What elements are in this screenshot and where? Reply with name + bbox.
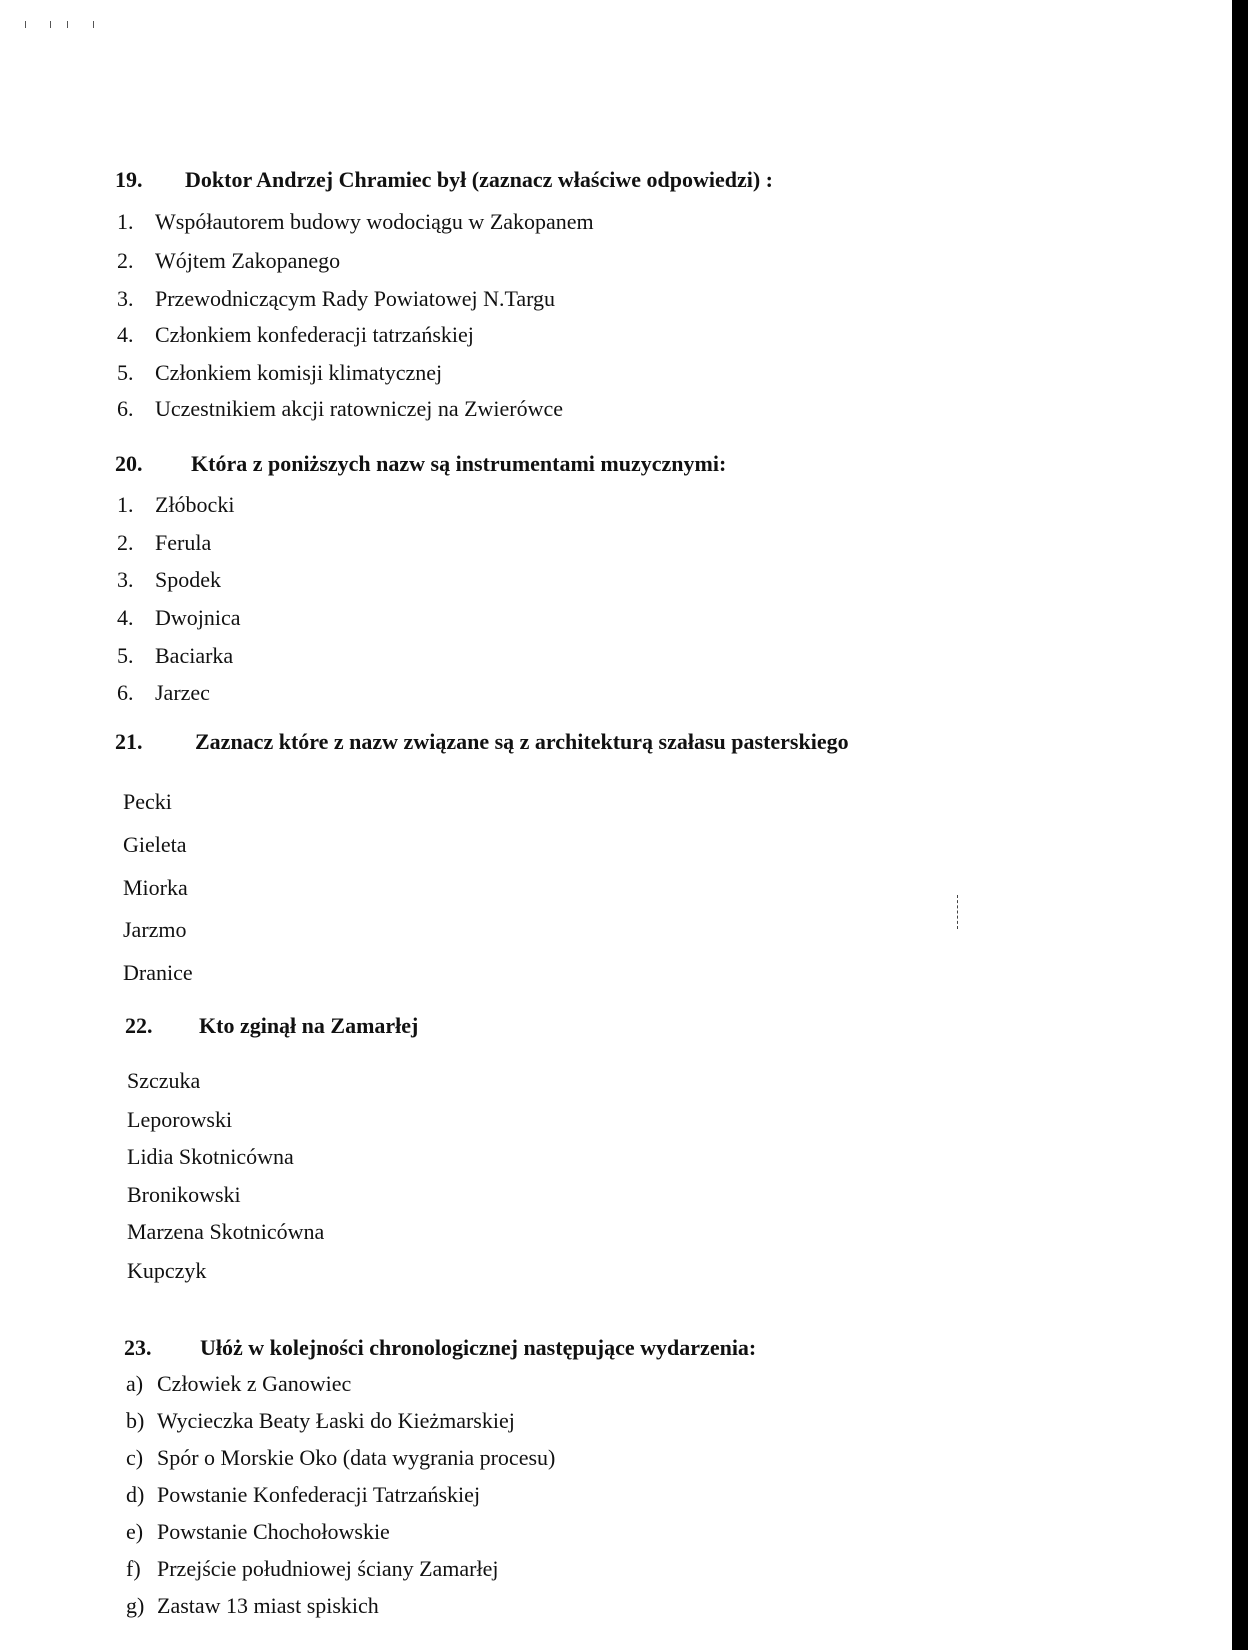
list-item: d)Powstanie Konfederacji Tatrzańskiej <box>126 1482 480 1508</box>
item-marker: 4. <box>117 322 155 348</box>
item-text: Wycieczka Beaty Łaski do Kieżmarskiej <box>157 1408 515 1433</box>
list-item: Szczuka <box>127 1068 200 1094</box>
list-item: Lidia Skotnicówna <box>127 1144 294 1170</box>
item-text: Powstanie Konfederacji Tatrzańskiej <box>157 1482 480 1507</box>
list-item: a)Człowiek z Ganowiec <box>126 1371 351 1397</box>
item-marker: 2. <box>117 530 155 556</box>
list-item: Gieleta <box>123 832 187 858</box>
item-marker: f) <box>126 1556 157 1582</box>
list-item: Dranice <box>123 960 193 986</box>
question-22-title: 22.Kto zginął na Zamarłej <box>125 1013 418 1039</box>
scan-mark <box>25 21 26 28</box>
list-item: Kupczyk <box>127 1258 206 1284</box>
item-marker: g) <box>126 1593 157 1619</box>
question-21-title: 21.Zaznacz które z nazw związane są z ar… <box>115 729 849 755</box>
list-item: Miorka <box>123 875 188 901</box>
item-text: Przewodniczącym Rady Powiatowej N.Targu <box>155 286 555 311</box>
list-item: b)Wycieczka Beaty Łaski do Kieżmarskiej <box>126 1408 515 1434</box>
list-item: Marzena Skotnicówna <box>127 1219 324 1245</box>
item-text: Kto zginął na Zamarłej <box>199 1013 418 1038</box>
item-text: Jarzec <box>155 680 210 705</box>
list-item: Leporowski <box>127 1107 232 1133</box>
list-item: 4.Dwojnica <box>117 605 241 631</box>
item-marker: c) <box>126 1445 157 1471</box>
list-item: 6.Uczestnikiem akcji ratowniczej na Zwie… <box>117 396 563 422</box>
scan-mark <box>957 895 959 929</box>
list-item: 1.Współautorem budowy wodociągu w Zakopa… <box>117 209 594 235</box>
list-item: 6.Jarzec <box>117 680 210 706</box>
scan-mark <box>93 21 94 28</box>
item-text: Członkiem komisji klimatycznej <box>155 360 442 385</box>
item-marker: a) <box>126 1371 157 1397</box>
item-text: 20. <box>115 451 191 477</box>
item-text: Złóbocki <box>155 492 234 517</box>
item-marker: 4. <box>117 605 155 631</box>
item-marker: 1. <box>117 492 155 518</box>
item-text: Zastaw 13 miast spiskich <box>157 1593 379 1618</box>
item-marker: 2. <box>117 248 155 274</box>
item-text: 21. <box>115 729 195 755</box>
list-item: c)Spór o Morskie Oko (data wygrania proc… <box>126 1445 555 1471</box>
item-marker: 5. <box>117 643 155 669</box>
item-text: Powstanie Chochołowskie <box>157 1519 390 1544</box>
list-item: 3.Spodek <box>117 567 221 593</box>
item-marker: 3. <box>117 286 155 312</box>
question-23-title: 23.Ułóż w kolejności chronologicznej nas… <box>124 1335 756 1361</box>
list-item: e)Powstanie Chochołowskie <box>126 1519 390 1545</box>
scan-page-edge <box>1232 0 1248 1650</box>
list-item: 2.Wójtem Zakopanego <box>117 248 340 274</box>
list-item: Pecki <box>123 789 172 815</box>
item-text: Spodek <box>155 567 221 592</box>
scan-mark <box>67 21 68 28</box>
list-item: Jarzmo <box>123 917 187 943</box>
item-text: Zaznacz które z nazw związane są z archi… <box>195 729 849 754</box>
item-marker: 6. <box>117 680 155 706</box>
item-text: 19. <box>115 167 185 193</box>
item-text: Człowiek z Ganowiec <box>157 1371 351 1396</box>
list-item: 3.Przewodniczącym Rady Powiatowej N.Targ… <box>117 286 555 312</box>
list-item: 1.Złóbocki <box>117 492 234 518</box>
item-marker: e) <box>126 1519 157 1545</box>
question-19-title: 19.Doktor Andrzej Chramiec był (zaznacz … <box>115 167 773 193</box>
item-text: Doktor Andrzej Chramiec był (zaznacz wła… <box>185 167 773 192</box>
item-text: 23. <box>124 1335 200 1361</box>
list-item: 5.Członkiem komisji klimatycznej <box>117 360 442 386</box>
list-item: 2.Ferula <box>117 530 211 556</box>
item-marker: 3. <box>117 567 155 593</box>
item-text: Ułóż w kolejności chronologicznej następ… <box>200 1335 756 1360</box>
item-marker: 5. <box>117 360 155 386</box>
item-text: Członkiem konfederacji tatrzańskiej <box>155 322 474 347</box>
item-marker: b) <box>126 1408 157 1434</box>
list-item: 5.Baciarka <box>117 643 233 669</box>
list-item: Bronikowski <box>127 1182 241 1208</box>
item-text: Przejście południowej ściany Zamarłej <box>157 1556 499 1581</box>
question-20-title: 20.Która z poniższych nazw są instrument… <box>115 451 726 477</box>
item-text: Wójtem Zakopanego <box>155 248 340 273</box>
item-text: Dwojnica <box>155 605 241 630</box>
item-text: Spór o Morskie Oko (data wygrania proces… <box>157 1445 555 1470</box>
item-marker: 6. <box>117 396 155 422</box>
list-item: g)Zastaw 13 miast spiskich <box>126 1593 379 1619</box>
item-text: Uczestnikiem akcji ratowniczej na Zwieró… <box>155 396 563 421</box>
item-text: Baciarka <box>155 643 233 668</box>
item-text: Współautorem budowy wodociągu w Zakopane… <box>155 209 594 234</box>
list-item: 4.Członkiem konfederacji tatrzańskiej <box>117 322 474 348</box>
item-text: Ferula <box>155 530 211 555</box>
list-item: f)Przejście południowej ściany Zamarłej <box>126 1556 499 1582</box>
item-marker: 1. <box>117 209 155 235</box>
item-text: Która z poniższych nazw są instrumentami… <box>191 451 726 476</box>
scan-mark <box>50 21 51 28</box>
item-marker: d) <box>126 1482 157 1508</box>
item-text: 22. <box>125 1013 199 1039</box>
